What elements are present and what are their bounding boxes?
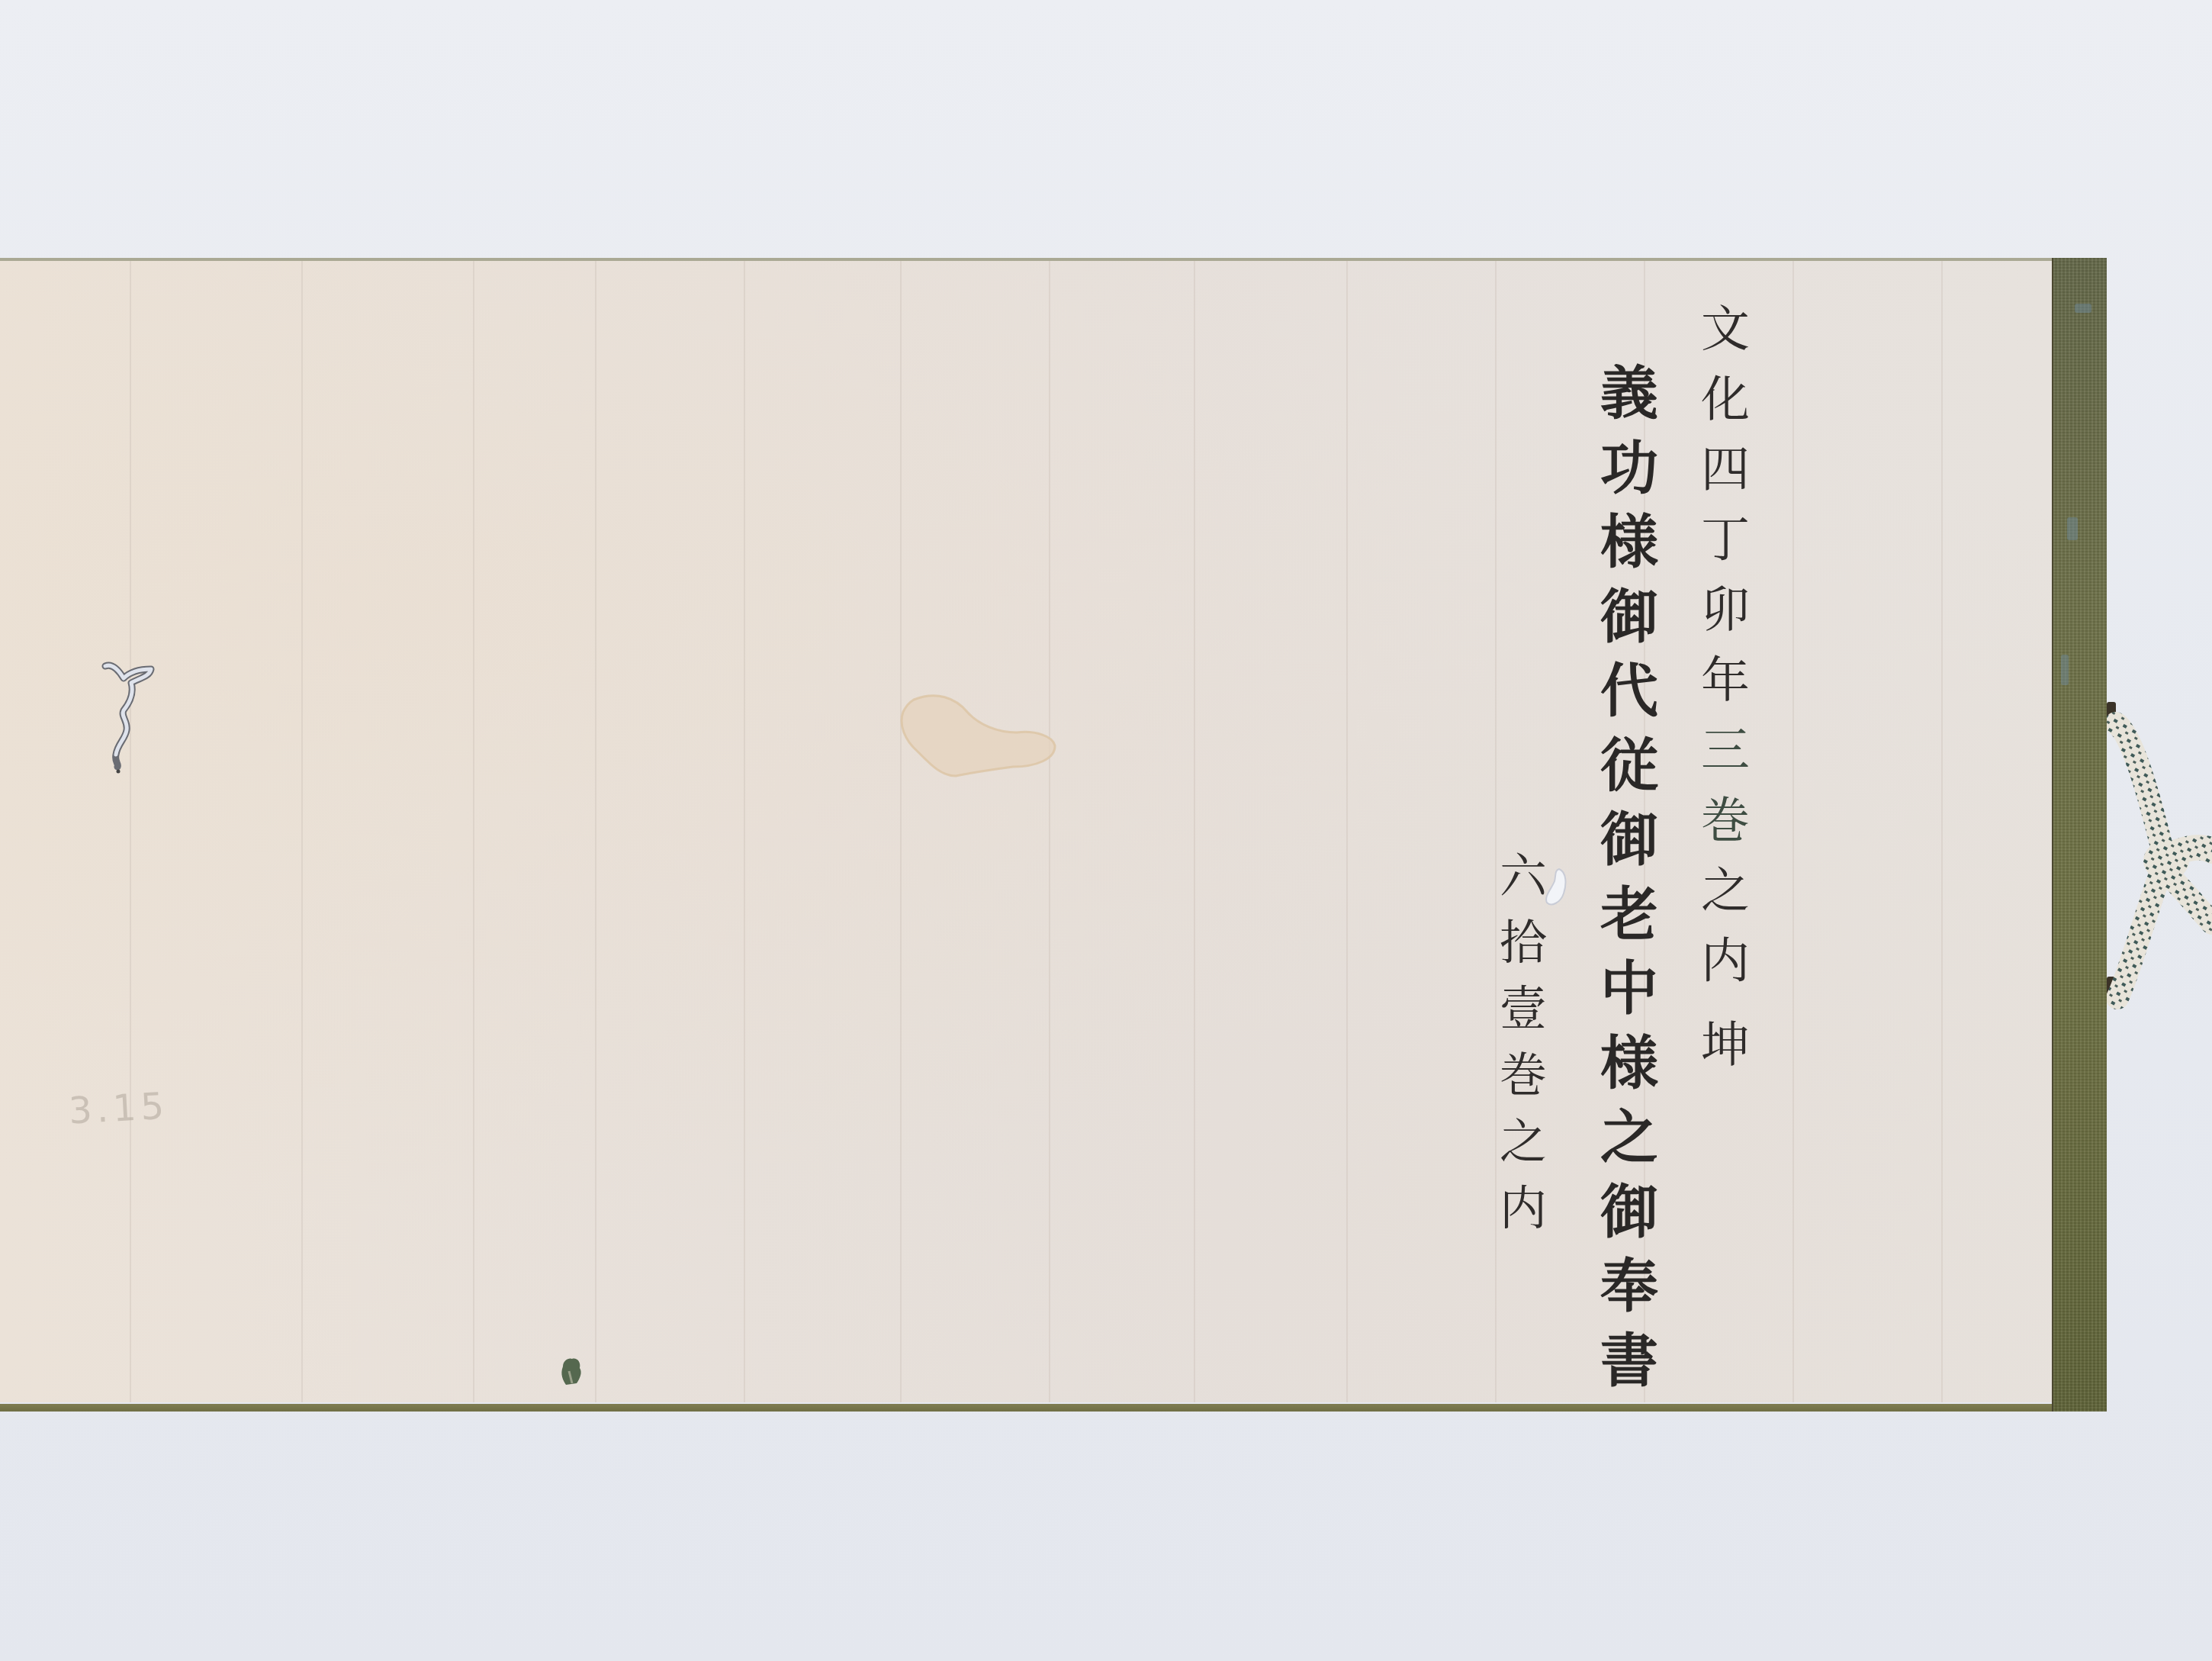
char: 義 xyxy=(1600,365,1658,439)
char: 様 xyxy=(1600,1035,1658,1109)
cloth-fleck xyxy=(2075,304,2091,313)
fold-line xyxy=(595,261,596,1402)
text-column-volume: 六 拾 壹 巻 之 内 xyxy=(1500,853,1547,1251)
green-cloth-border xyxy=(2052,258,2107,1412)
char: 文 xyxy=(1701,305,1750,375)
char: 年 xyxy=(1701,656,1750,726)
fold-line xyxy=(1495,261,1497,1402)
fold-line xyxy=(1194,261,1195,1402)
char: 老 xyxy=(1600,886,1658,961)
char: 御 xyxy=(1600,1183,1658,1258)
cloth-fleck xyxy=(2067,517,2078,540)
char: 御 xyxy=(1600,588,1658,663)
handscroll xyxy=(0,258,2105,1412)
char: 坤 xyxy=(1701,1021,1750,1091)
text-column-date: 文 化 四 丁 卯 年 三 巻 之 内 坤 xyxy=(1701,305,1750,1091)
char: 中 xyxy=(1600,960,1658,1035)
fold-line xyxy=(1792,261,1794,1402)
char: 書 xyxy=(1600,1332,1658,1407)
fold-line xyxy=(900,261,902,1402)
fold-line xyxy=(1049,261,1050,1402)
fold-line xyxy=(1941,261,1943,1402)
fold-line xyxy=(1346,261,1348,1402)
char: 之 xyxy=(1600,1109,1658,1183)
fold-line xyxy=(473,261,474,1402)
char: 四 xyxy=(1701,446,1750,516)
fold-line xyxy=(744,261,745,1402)
char-damaged: 三 xyxy=(1701,726,1750,797)
binding-cord xyxy=(2107,687,2212,1022)
mold-spot xyxy=(558,1356,584,1386)
char-damaged: 巻 xyxy=(1701,797,1750,867)
char: 従 xyxy=(1600,737,1658,812)
char: 御 xyxy=(1600,811,1658,886)
char: 之 xyxy=(1500,1119,1547,1185)
char: 拾 xyxy=(1500,919,1547,986)
char: 六 xyxy=(1500,853,1547,919)
scroll-bottom-edge xyxy=(0,1404,2059,1412)
char: 之 xyxy=(1701,867,1750,937)
fold-line xyxy=(301,261,303,1402)
cloth-fleck xyxy=(2061,655,2069,685)
char: 化 xyxy=(1701,375,1750,446)
char: 巻 xyxy=(1500,1052,1547,1119)
water-stain xyxy=(883,690,1059,782)
char: 内 xyxy=(1701,937,1750,1007)
char: 卯 xyxy=(1701,586,1750,656)
wormhole-damage xyxy=(99,660,160,774)
char: 丁 xyxy=(1701,516,1750,586)
char: 代 xyxy=(1600,662,1658,737)
char: 奉 xyxy=(1600,1257,1658,1332)
char: 内 xyxy=(1500,1185,1547,1251)
char: 功 xyxy=(1600,439,1658,514)
text-column-title: 義 功 様 御 代 従 御 老 中 様 之 御 奉 書 xyxy=(1600,365,1658,1406)
cord-knot xyxy=(2107,687,2212,1022)
fold-line xyxy=(130,261,131,1402)
char: 様 xyxy=(1600,513,1658,588)
char: 壹 xyxy=(1500,986,1547,1052)
pencil-annotation: 3.15 xyxy=(68,1085,170,1133)
